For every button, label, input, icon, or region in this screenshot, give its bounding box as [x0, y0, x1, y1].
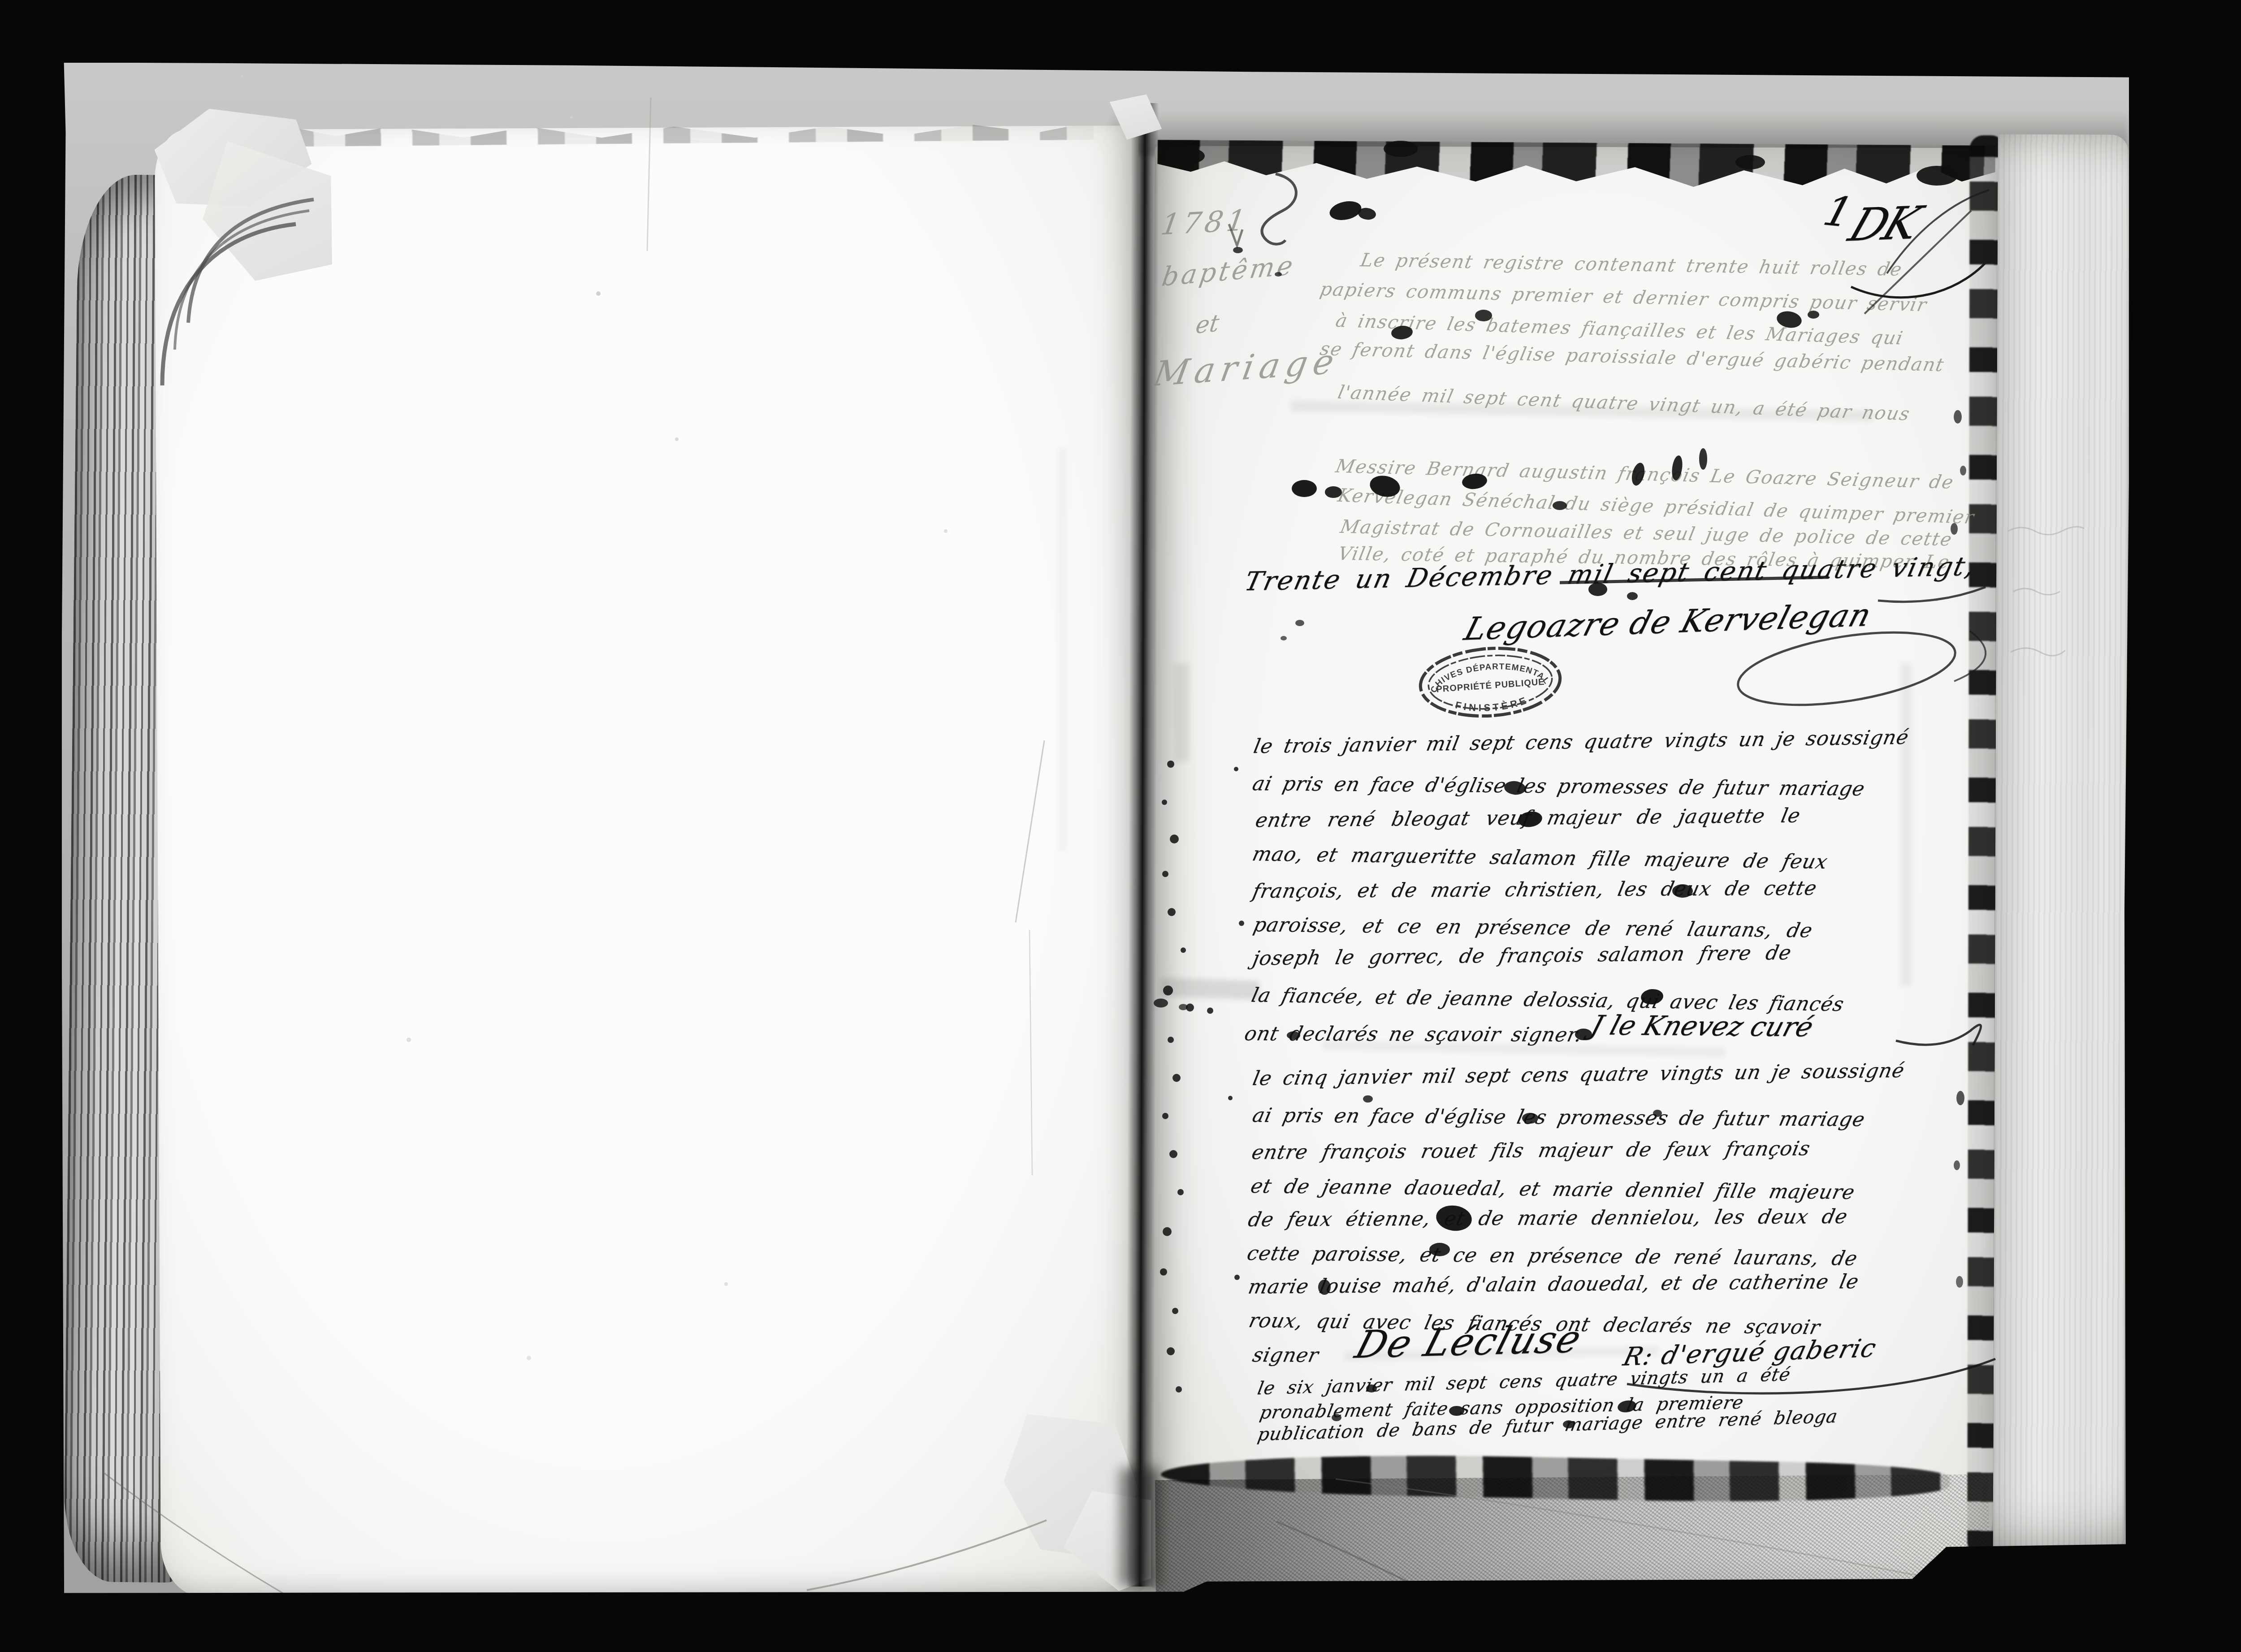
- stack-corner-strokes: [162, 199, 314, 385]
- opening-s-flourish: [1229, 174, 1296, 246]
- folio-paraphe-swash: [1851, 190, 1995, 314]
- date-line-strokes: [1560, 577, 1986, 602]
- creases-scratches: [103, 98, 1986, 1609]
- ink-and-artifact-overlay: [0, 0, 2241, 1652]
- film-frame-left: [0, 0, 66, 1652]
- film-glitches: [0, 1, 2211, 1635]
- signature-flourish: [1733, 620, 1986, 718]
- film-frame-right: [2124, 0, 2241, 1652]
- margin-ink-dots: [1160, 761, 1244, 1393]
- register-photograph: 1781 baptême et Mariage 1 DK Le présent …: [0, 0, 2241, 1652]
- left-page-specks: [407, 291, 947, 1360]
- entry2-signature-swash: [1627, 1359, 1995, 1393]
- entry1-signature-tail: [1896, 1025, 1981, 1045]
- fore-edge-ghost-writing: [2008, 527, 2084, 656]
- ink-blots: [1154, 141, 1966, 1428]
